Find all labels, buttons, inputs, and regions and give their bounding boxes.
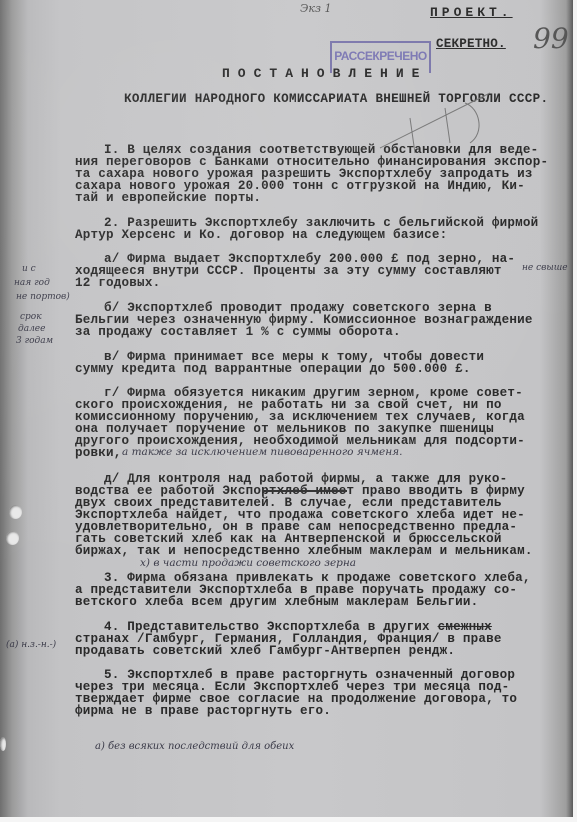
classification-label: СЕКРЕТНО.: [436, 38, 506, 51]
margin-note-3: (а) н.з.-н.-): [6, 640, 56, 650]
document-title: ПОСТАНОВЛЕНИЕ: [222, 66, 427, 81]
punch-hole: [0, 737, 6, 751]
page-number: 99: [533, 22, 569, 55]
p4-line: продавать советский хлеб Гамбург-Антверп…: [75, 645, 455, 658]
margin-note-line: срок: [20, 312, 42, 322]
punch-hole: [6, 531, 19, 545]
punch-hole: [9, 505, 22, 519]
clause-g-line: ровки,: [75, 447, 122, 460]
margin-note-line: и с: [22, 264, 36, 274]
strikethrough: [262, 490, 347, 492]
handwritten-insert: х) в части продажи советского зерна: [140, 557, 356, 569]
p3-line: ветского хлеба всем другим хлебным макле…: [75, 596, 478, 609]
draft-label: ПРОЕКТ.: [430, 7, 513, 20]
top-scribble: Экз 1: [300, 2, 331, 15]
p5-line: фирма не в праве расторгнуть его.: [75, 705, 331, 718]
document-page: Экз 1 ПРОЕКТ. СЕКРЕТНО. 99 РАССЕКРЕЧЕНО …: [0, 0, 573, 817]
p2-line: Артур Херсенс и Ко. договор на следующем…: [75, 229, 447, 242]
clause-b-line: за продажу составляет 1 % с суммы оборот…: [75, 326, 401, 339]
handwritten-insert: а также за исключением пивоваренного ячм…: [122, 446, 402, 458]
margin-note-line: ная год: [14, 278, 50, 288]
margin-note-line: не портов): [16, 292, 70, 302]
clause-a-line: 12 годовых.: [75, 277, 160, 290]
handwritten-insert: не свыше: [522, 263, 568, 273]
clause-v-line: сумму кредита под варрантные операции до…: [75, 363, 471, 376]
margin-note-line: 3 годам: [16, 336, 53, 346]
bottom-handwritten-note: а) без всяких последствий для обеих: [95, 741, 294, 752]
margin-note-line: далее: [18, 324, 45, 334]
p1-line: тай и европейские порты.: [75, 192, 261, 205]
scan-border: [0, 817, 577, 822]
clause-d-line: биржах, так и непосредственно хлебным ма…: [75, 545, 533, 558]
